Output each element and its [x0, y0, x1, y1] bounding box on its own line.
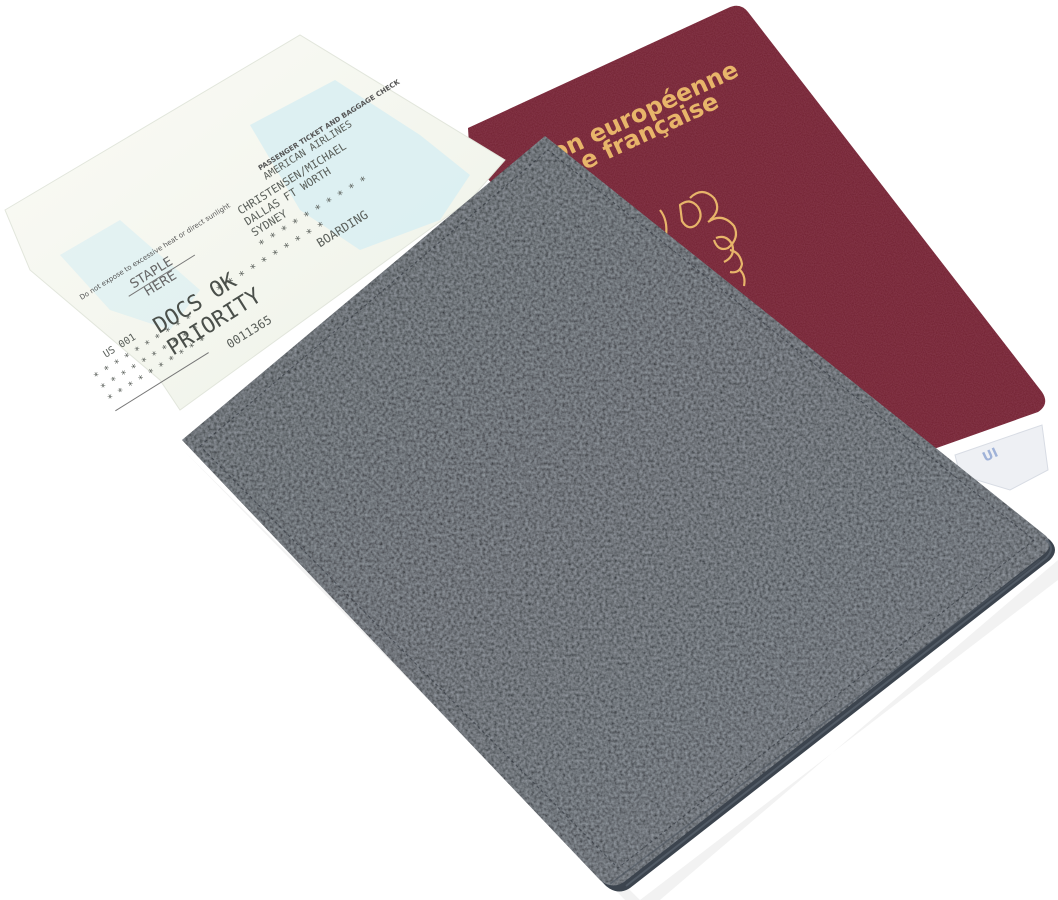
product-photo: UI ion européenne e française Do not exp…	[0, 0, 1058, 900]
